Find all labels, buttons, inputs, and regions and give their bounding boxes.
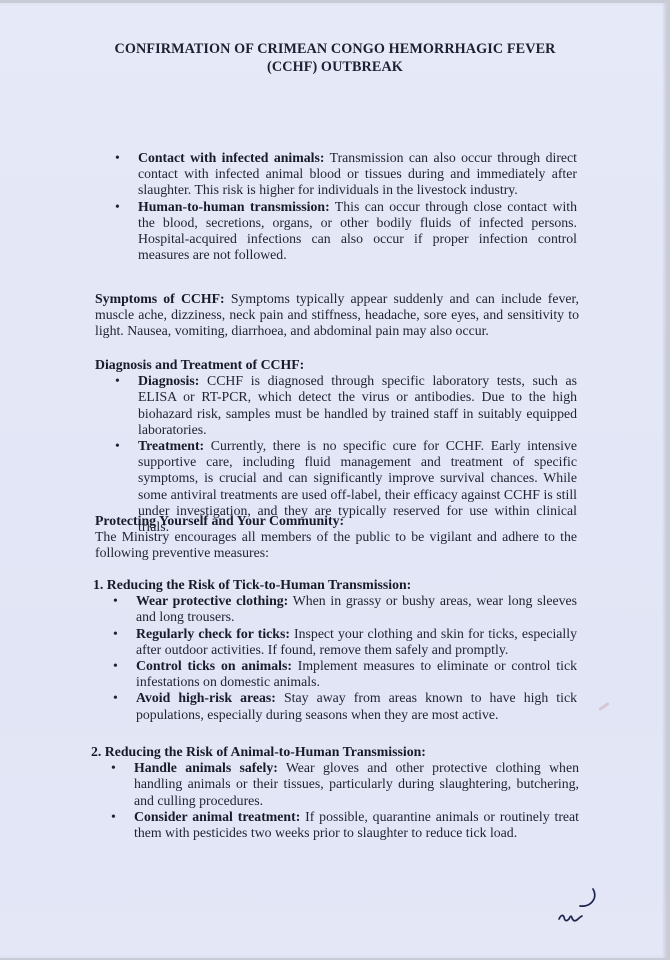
list-item: • Diagnosis: CCHF is diagnosed through s…	[95, 373, 577, 438]
bullet-label: Human-to-human transmission:	[138, 199, 330, 214]
bullet-text: CCHF is diagnosed through specific labor…	[138, 373, 577, 437]
protecting-intro: The Ministry encourages all members of t…	[95, 529, 577, 561]
bullet-label: Treatment:	[138, 438, 204, 453]
bullet-icon: •	[111, 809, 116, 825]
list-item: • Regularly check for ticks: Inspect you…	[93, 626, 577, 658]
bullet-icon: •	[113, 690, 118, 706]
bullet-icon: •	[115, 199, 120, 215]
bullet-label: Regularly check for ticks:	[136, 626, 290, 641]
title-line-1: CONFIRMATION OF CRIMEAN CONGO HEMORRHAGI…	[0, 40, 670, 58]
tick-section: 1. Reducing the Risk of Tick-to-Human Tr…	[93, 577, 577, 723]
list-item: • Consider animal treatment: If possible…	[91, 809, 579, 841]
bullet-icon: •	[113, 626, 118, 642]
list-item: • Wear protective clothing: When in gras…	[93, 593, 577, 625]
list-item: • Contact with infected animals: Transmi…	[95, 150, 577, 199]
protecting-section: Protecting Yourself and Your Community: …	[95, 513, 577, 562]
animal-section: 2. Reducing the Risk of Animal-to-Human …	[91, 744, 579, 841]
title-line-2: (CCHF) OUTBREAK	[0, 58, 670, 76]
bullet-label: Avoid high-risk areas:	[136, 690, 276, 705]
bullet-icon: •	[115, 438, 120, 454]
document-page: CONFIRMATION OF CRIMEAN CONGO HEMORRHAGI…	[0, 3, 668, 958]
section-heading: Protecting Yourself and Your Community:	[95, 513, 577, 529]
list-item: • Handle animals safely: Wear gloves and…	[91, 760, 579, 809]
bullet-label: Wear protective clothing:	[136, 593, 288, 608]
bullet-label: Control ticks on animals:	[136, 658, 292, 673]
symptoms-label: Symptoms of CCHF:	[95, 291, 225, 306]
list-item: • Human-to-human transmission: This can …	[95, 199, 577, 264]
list-item: • Avoid high-risk areas: Stay away from …	[93, 690, 577, 722]
diagnosis-section: Diagnosis and Treatment of CCHF: • Diagn…	[95, 357, 577, 535]
bullet-label: Handle animals safely:	[134, 760, 278, 775]
document-title: CONFIRMATION OF CRIMEAN CONGO HEMORRHAGI…	[0, 40, 670, 76]
bullet-icon: •	[111, 760, 116, 776]
bullet-label: Contact with infected animals:	[138, 150, 324, 165]
bullet-icon: •	[113, 658, 118, 674]
transmission-list: • Contact with infected animals: Transmi…	[95, 150, 577, 263]
bullet-label: Consider animal treatment:	[134, 809, 300, 824]
bullet-icon: •	[115, 373, 120, 389]
section-heading: Diagnosis and Treatment of CCHF:	[95, 357, 577, 373]
symptoms-paragraph: Symptoms of CCHF: Symptoms typically app…	[95, 291, 579, 340]
section-heading: 1. Reducing the Risk of Tick-to-Human Tr…	[93, 577, 577, 593]
bullet-icon: •	[115, 150, 120, 166]
list-item: • Control ticks on animals: Implement me…	[93, 658, 577, 690]
paper-mark	[598, 702, 610, 711]
bullet-label: Diagnosis:	[138, 373, 199, 388]
bullet-icon: •	[113, 593, 118, 609]
handwritten-initials-icon	[556, 881, 616, 931]
section-heading: 2. Reducing the Risk of Animal-to-Human …	[91, 744, 579, 760]
